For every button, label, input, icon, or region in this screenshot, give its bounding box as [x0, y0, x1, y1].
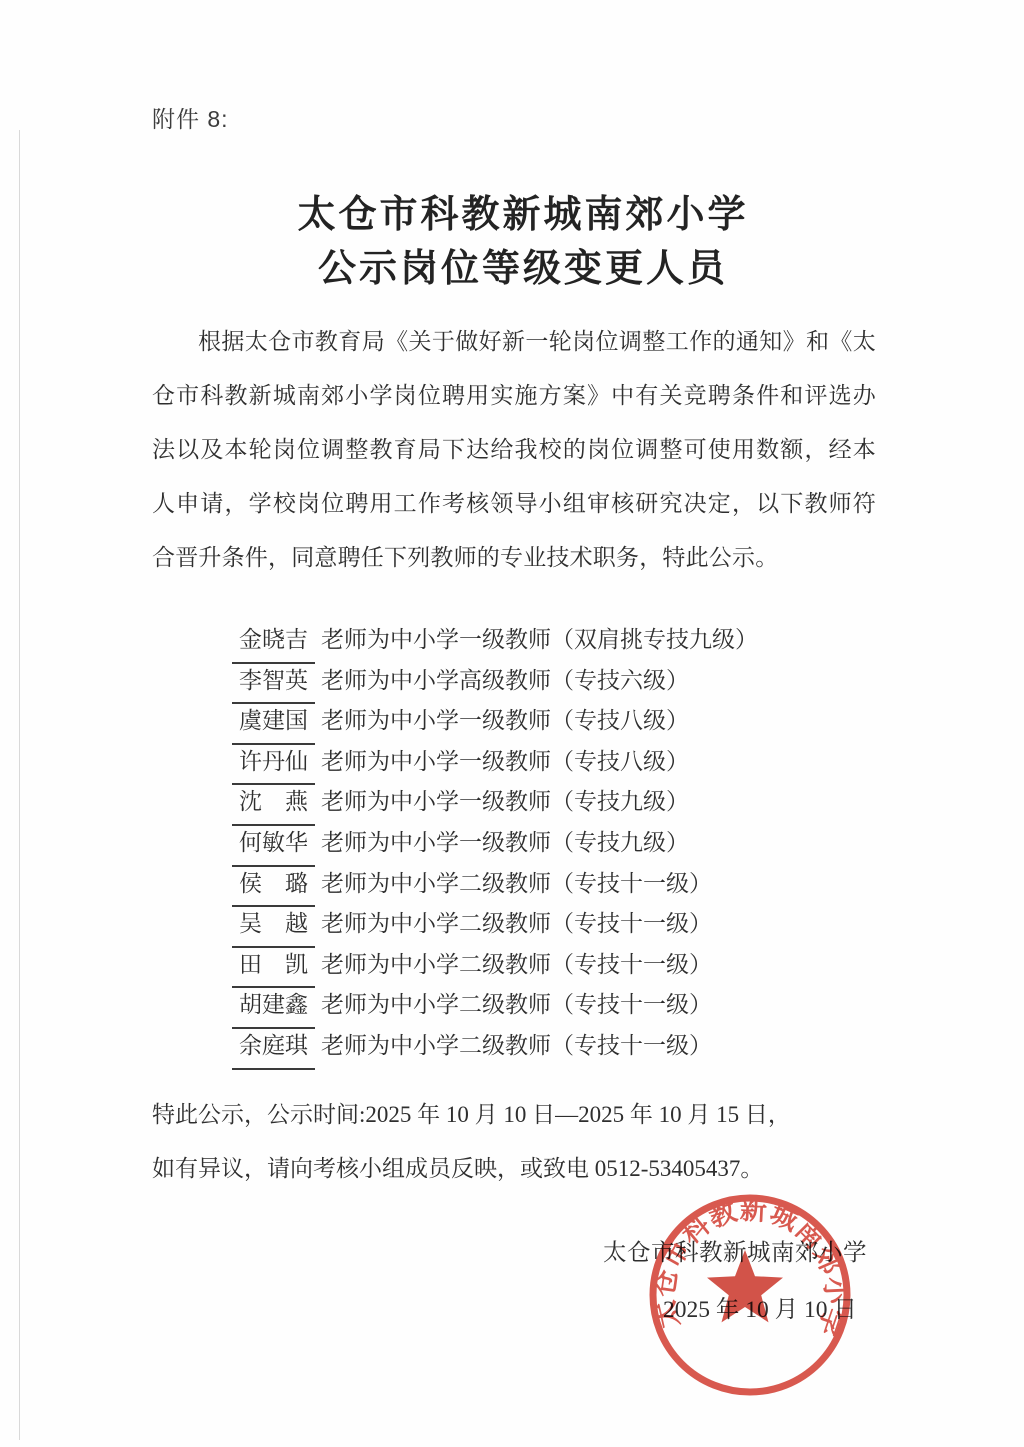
paragraph-line: 合晋升条件，同意聘任下列教师的专业技术职务，特此公示。: [152, 531, 876, 585]
teacher-row: 金晓吉老师为中小学一级教师（双肩挑专技九级）: [232, 620, 758, 661]
official-seal-stamp: 太仓市科教新城南郊小学: [644, 1189, 856, 1401]
teacher-list: 金晓吉老师为中小学一级教师（双肩挑专技九级） 李智英老师为中小学高级教师（专技六…: [232, 620, 758, 1067]
teacher-name: 许丹仙: [232, 742, 315, 786]
teacher-name: 虞建国: [232, 701, 315, 745]
document-page: 附件 8: 太仓市科教新城南郊小学 公示岗位等级变更人员 根据太仓市教育局《关于…: [0, 0, 1024, 1447]
teacher-position-desc: 老师为中小学一级教师（专技九级）: [321, 830, 689, 855]
teacher-name: 胡建鑫: [232, 985, 315, 1029]
paragraph-line: 法以及本轮岗位调整教育局下达给我校的岗位调整可使用数额，经本: [152, 423, 876, 477]
teacher-row: 余庭琪老师为中小学二级教师（专技十一级）: [232, 1026, 758, 1067]
teacher-row: 侯 璐老师为中小学二级教师（专技十一级）: [232, 864, 758, 905]
teacher-name: 余庭琪: [232, 1026, 315, 1070]
teacher-position-desc: 老师为中小学二级教师（专技十一级）: [321, 952, 712, 977]
scan-artifact-line: [19, 130, 20, 1440]
teacher-row: 沈 燕老师为中小学一级教师（专技九级）: [232, 782, 758, 823]
teacher-name: 李智英: [232, 661, 315, 705]
teacher-name: 何敏华: [232, 823, 315, 867]
closing-line-2: 如有异议，请向考核小组成员反映，或致电 0512-53405437。: [152, 1142, 912, 1196]
title-line-2: 公示岗位等级变更人员: [22, 242, 1024, 296]
paragraph-line: 根据太仓市教育局《关于做好新一轮岗位调整工作的通知》和《太: [152, 315, 876, 369]
teacher-row: 吴 越老师为中小学二级教师（专技十一级）: [232, 904, 758, 945]
teacher-row: 胡建鑫老师为中小学二级教师（专技十一级）: [232, 985, 758, 1026]
seal-star-icon: [707, 1250, 783, 1322]
teacher-name: 沈 燕: [232, 782, 315, 826]
teacher-position-desc: 老师为中小学二级教师（专技十一级）: [321, 911, 712, 936]
teacher-position-desc: 老师为中小学一级教师（专技八级）: [321, 749, 689, 774]
teacher-row: 何敏华老师为中小学一级教师（专技九级）: [232, 823, 758, 864]
teacher-row: 李智英老师为中小学高级教师（专技六级）: [232, 661, 758, 702]
teacher-position-desc: 老师为中小学二级教师（专技十一级）: [321, 871, 712, 896]
closing-line-1: 特此公示，公示时间:2025 年 10 月 10 日—2025 年 10 月 1…: [152, 1088, 912, 1142]
teacher-name: 吴 越: [232, 904, 315, 948]
teacher-row: 许丹仙老师为中小学一级教师（专技八级）: [232, 742, 758, 783]
teacher-name: 金晓吉: [232, 620, 315, 664]
teacher-position-desc: 老师为中小学二级教师（专技十一级）: [321, 1033, 712, 1058]
teacher-position-desc: 老师为中小学高级教师（专技六级）: [321, 668, 689, 693]
teacher-row: 虞建国老师为中小学一级教师（专技八级）: [232, 701, 758, 742]
closing-section: 特此公示，公示时间:2025 年 10 月 10 日—2025 年 10 月 1…: [152, 1088, 912, 1196]
teacher-position-desc: 老师为中小学一级教师（专技八级）: [321, 708, 689, 733]
teacher-name: 田 凯: [232, 945, 315, 989]
title-line-1: 太仓市科教新城南郊小学: [22, 188, 1024, 242]
teacher-position-desc: 老师为中小学二级教师（专技十一级）: [321, 992, 712, 1017]
teacher-position-desc: 老师为中小学一级教师（专技九级）: [321, 789, 689, 814]
teacher-row: 田 凯老师为中小学二级教师（专技十一级）: [232, 945, 758, 986]
paragraph-line: 仓市科教新城南郊小学岗位聘用实施方案》中有关竞聘条件和评选办: [152, 369, 876, 423]
teacher-position-desc: 老师为中小学一级教师（双肩挑专技九级）: [321, 627, 758, 652]
document-title: 太仓市科教新城南郊小学 公示岗位等级变更人员: [22, 188, 1024, 296]
attachment-label: 附件 8:: [152, 101, 229, 134]
body-paragraph: 根据太仓市教育局《关于做好新一轮岗位调整工作的通知》和《太 仓市科教新城南郊小学…: [152, 315, 876, 585]
teacher-name: 侯 璐: [232, 864, 315, 908]
paragraph-line: 人申请，学校岗位聘用工作考核领导小组审核研究决定，以下教师符: [152, 477, 876, 531]
